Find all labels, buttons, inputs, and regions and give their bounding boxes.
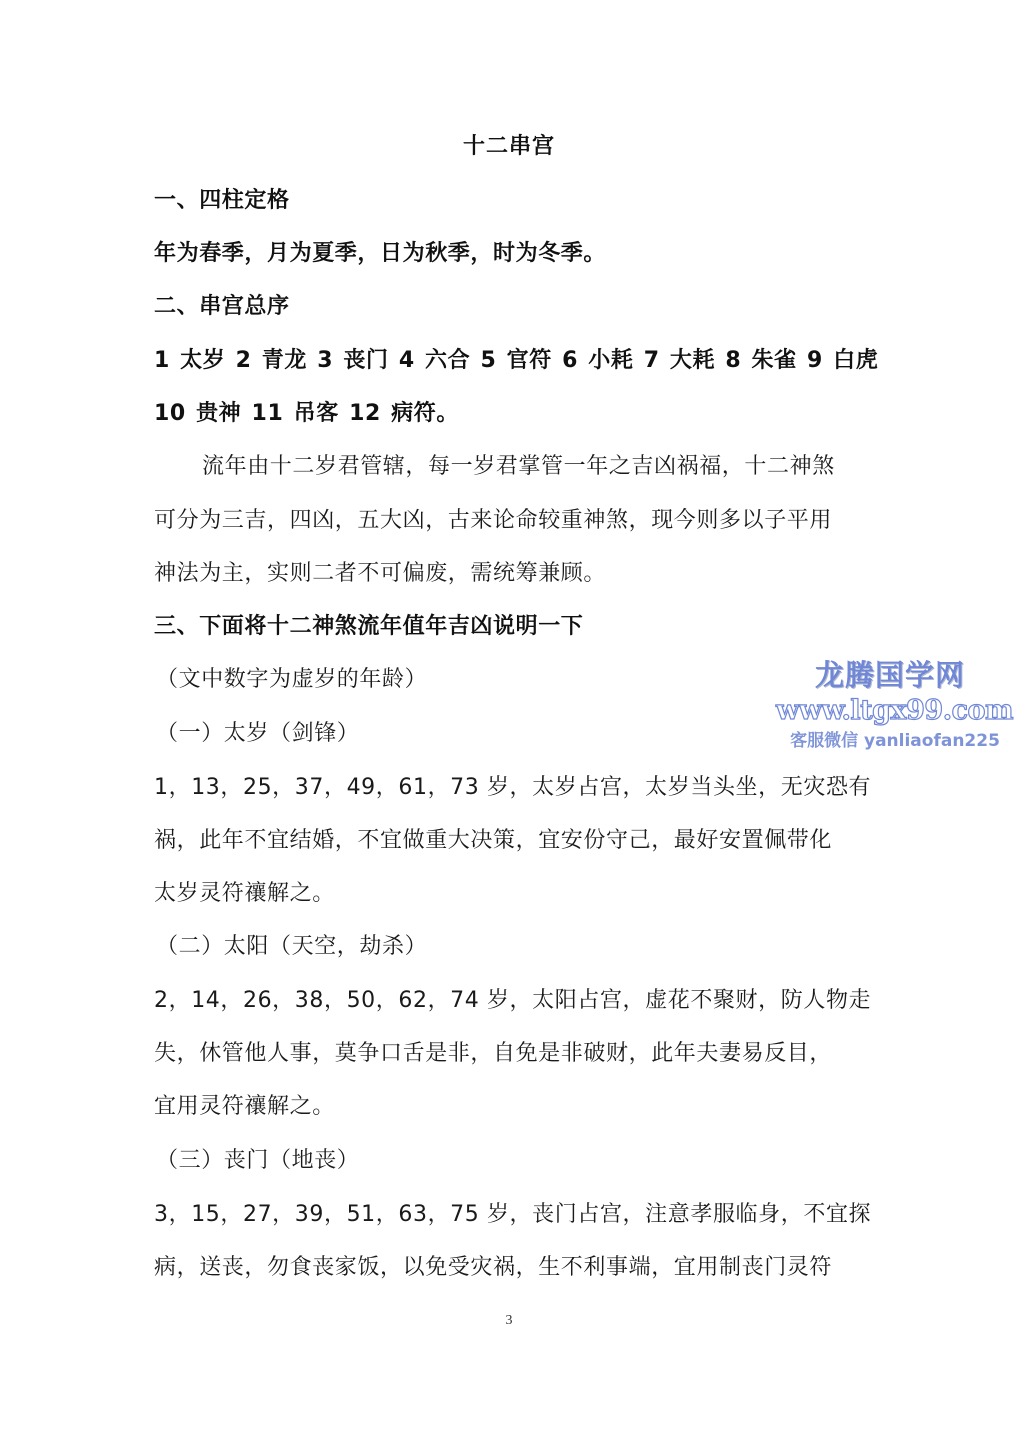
section-heading-3: 三、下面将十二神煞流年值年吉凶说明一下 <box>154 612 583 642</box>
age-note: （文中数字为虚岁的年龄） <box>156 665 427 695</box>
item-taiyang-line-3: 宜用灵符禳解之。 <box>154 1092 335 1122</box>
watermark: 龙腾国学网 www.ltgx99.com 客服微信 yanliaofan225 <box>770 656 1010 754</box>
section-heading-2: 二、串宫总序 <box>154 292 290 322</box>
document-page: 十二串宫 一、四柱定格 年为春季，月为夏季，日为秋季，时为冬季。 二、串宫总序 … <box>0 0 1018 1440</box>
watermark-contact: 客服微信 yanliaofan225 <box>780 728 1010 754</box>
page-title: 十二串宫 <box>0 132 1018 162</box>
item-label-taisui: （一）太岁（剑锋） <box>156 719 359 749</box>
item-taisui-line-1: 1，13，25，37，49，61，73 岁，太岁占宫，太岁当头坐，无灾恐有 <box>154 773 871 803</box>
page-number: 3 <box>0 1312 1018 1330</box>
intro-paragraph-line-1: 流年由十二岁君管辖，每一岁君掌管一年之吉凶祸福，十二神煞 <box>202 452 835 482</box>
item-taisui-line-2: 祸，此年不宜结婚，不宜做重大决策，宜安份守己，最好安置佩带化 <box>154 826 832 856</box>
watermark-url: www.ltgx99.com <box>776 694 1010 728</box>
palace-order-line-1: 1 太岁 2 青龙 3 丧门 4 六合 5 官符 6 小耗 7 大耗 8 朱雀 … <box>154 346 878 376</box>
palace-order-line-2: 10 贵神 11 吊客 12 病符。 <box>154 399 459 429</box>
item-sangmen-line-1: 3，15，27，39，51，63，75 岁，丧门占宫，注意孝服临身，不宜探 <box>154 1200 871 1230</box>
item-taisui-line-3: 太岁灵符禳解之。 <box>154 879 335 909</box>
section-1-body: 年为春季，月为夏季，日为秋季，时为冬季。 <box>154 239 606 269</box>
item-taiyang-line-1: 2，14，26，38，50，62，74 岁，太阳占宫，虚花不聚财，防人物走 <box>154 986 871 1016</box>
item-sangmen-line-2: 病，送丧，勿食丧家饭，以免受灾祸，生不利事端，宜用制丧门灵符 <box>154 1253 832 1283</box>
watermark-site-name: 龙腾国学网 <box>770 656 1010 694</box>
intro-paragraph-line-2: 可分为三吉，四凶，五大凶，古来论命较重神煞，现今则多以子平用 <box>154 506 832 536</box>
intro-paragraph-line-3: 神法为主，实则二者不可偏废，需统筹兼顾。 <box>154 559 606 589</box>
item-taiyang-line-2: 失，休管他人事，莫争口舌是非，自免是非破财，此年夫妻易反目， <box>154 1039 832 1069</box>
section-heading-1: 一、四柱定格 <box>154 186 290 216</box>
item-label-sangmen: （三）丧门（地丧） <box>156 1146 359 1176</box>
item-label-taiyang: （二）太阳（天空，劫杀） <box>156 932 427 962</box>
